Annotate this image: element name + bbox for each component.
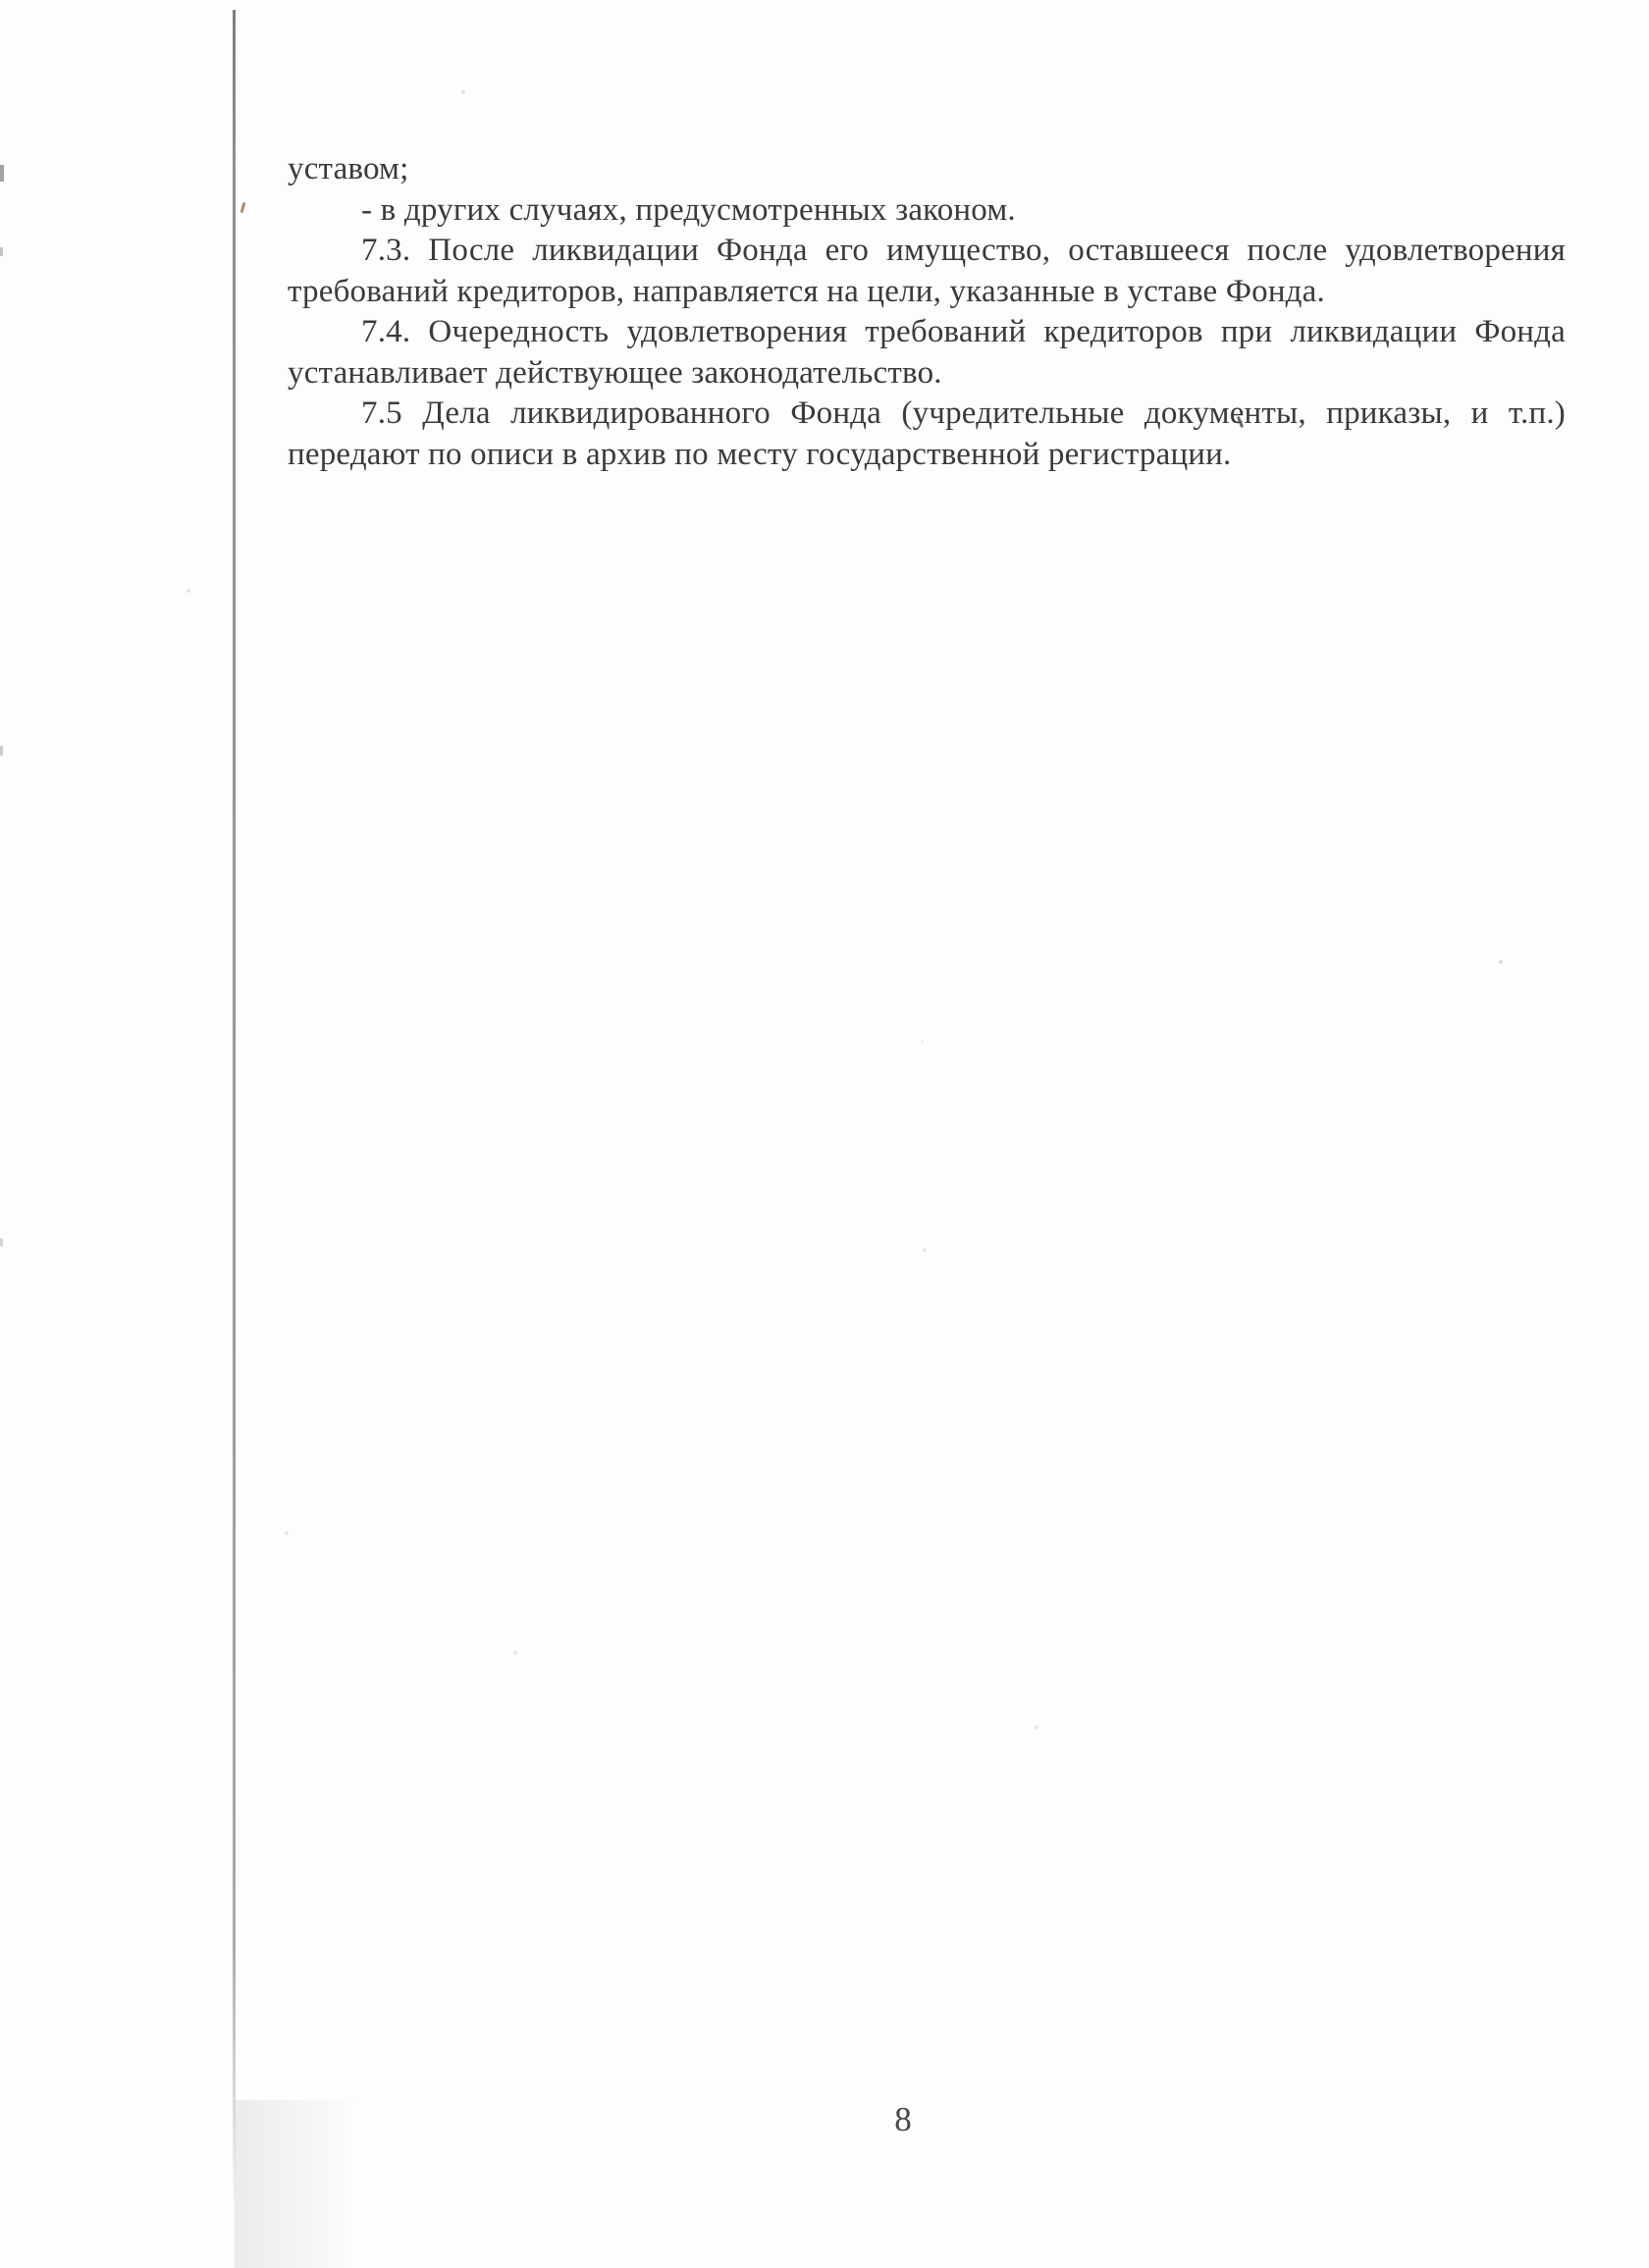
ink-speck [240, 202, 246, 213]
noise-dot [285, 1531, 289, 1535]
page-number: 8 [265, 2100, 1541, 2139]
document-text-block: уставом; - в других случаях, предусмотре… [288, 149, 1566, 475]
noise-dot [921, 1040, 924, 1043]
noise-dot [461, 90, 465, 94]
paragraph-ustavom: уставом; [288, 149, 1566, 190]
scan-fold-line [233, 10, 236, 2213]
scanned-document-page: уставом; - в других случаях, предусмотре… [0, 0, 1649, 2268]
paragraph-7-3: 7.3. После ликвидации Фонда его имуществ… [288, 231, 1566, 312]
edge-speck [0, 1239, 3, 1246]
paragraph-bullet-other-cases: - в других случаях, предусмотренных зако… [288, 190, 1566, 232]
paragraph-7-5: 7.5 Дела ликвидированного Фонда (учредит… [288, 394, 1566, 475]
edge-speck [0, 247, 3, 256]
noise-dot [186, 589, 190, 593]
noise-dot [923, 1248, 927, 1252]
noise-dot [513, 1651, 517, 1655]
noise-dot [1035, 1725, 1038, 1729]
paragraph-7-4: 7.4. Очередность удовлетворения требован… [288, 312, 1566, 394]
edge-speck [0, 746, 3, 756]
edge-speck [0, 165, 4, 182]
noise-dot [1499, 960, 1503, 964]
